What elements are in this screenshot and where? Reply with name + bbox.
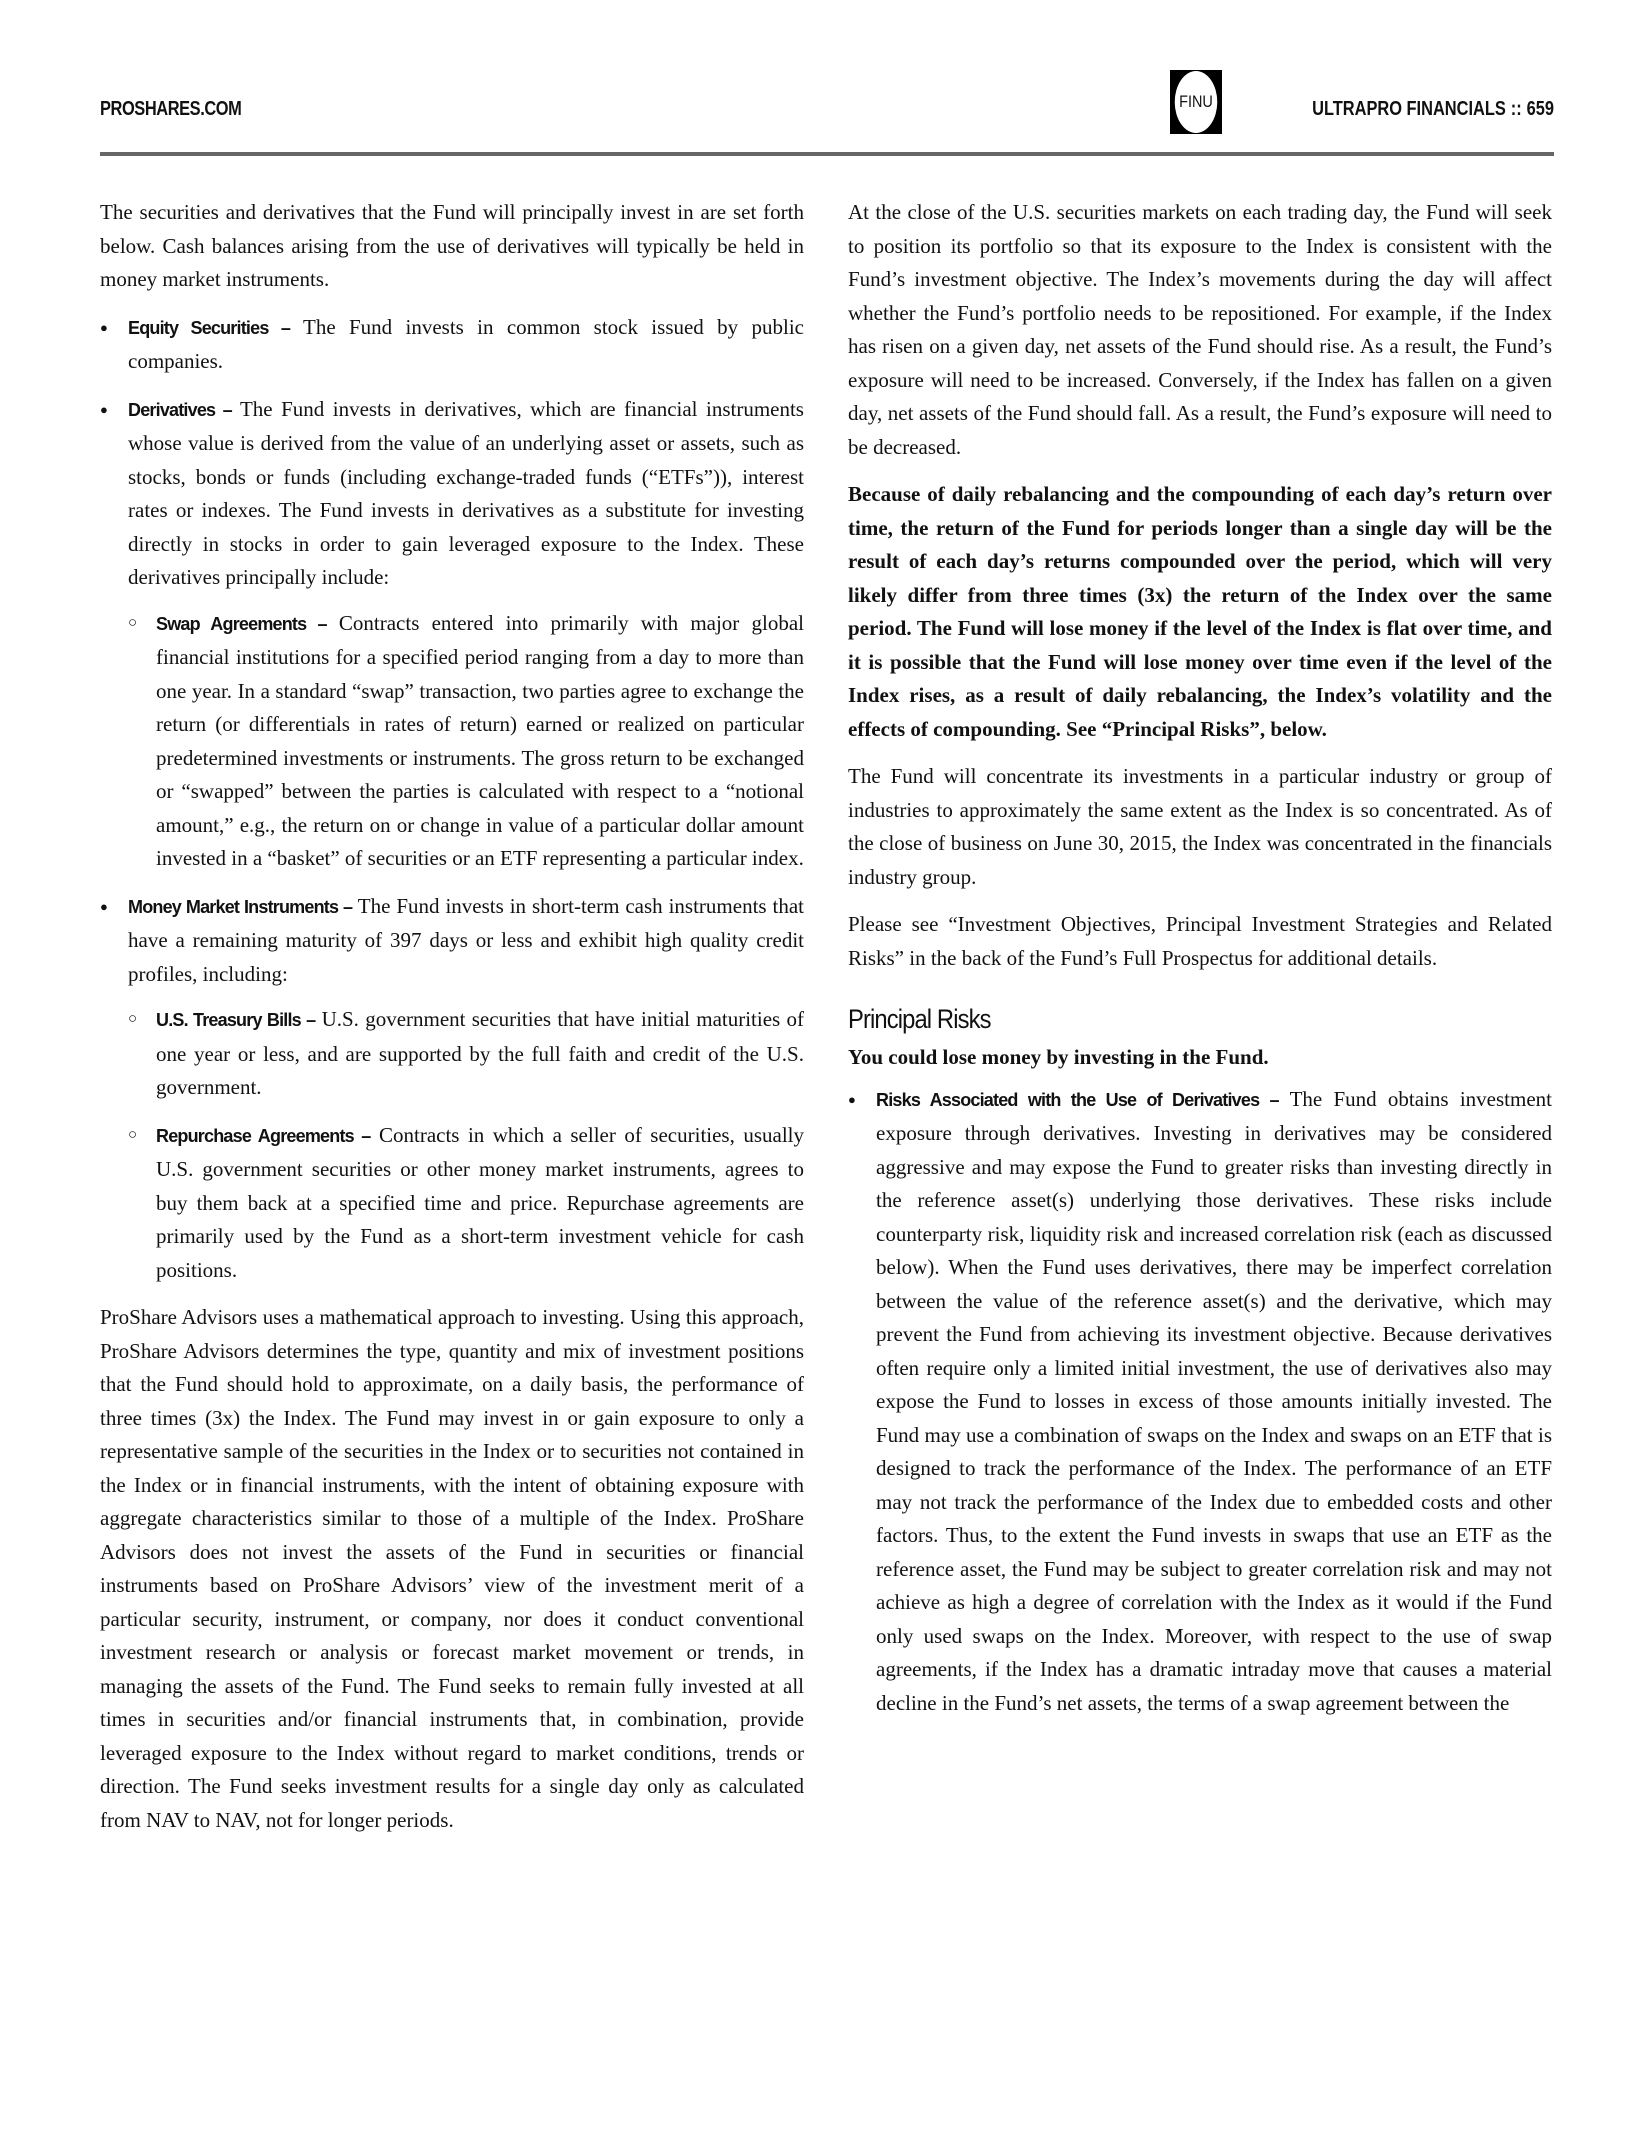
see-also-paragraph: Please see “Investment Objectives, Princ… [848, 908, 1552, 975]
section-subheading: You could lose money by investing in the… [848, 1041, 1552, 1075]
ticker-badge: FINU [1170, 70, 1222, 134]
site-name: PROSHARES.COM [100, 98, 241, 121]
ticker-badge-label: FINU [1175, 71, 1218, 133]
advisors-paragraph: ProShare Advisors uses a mathematical ap… [100, 1301, 804, 1837]
list-item-label: Risks Associated with the Use of Derivat… [876, 1090, 1279, 1110]
list-item-label: Repurchase Agreements – [156, 1126, 371, 1146]
list-item-label: Derivatives – [128, 400, 232, 420]
list-item-repurchase-agreements: Repurchase Agreements – Contracts in whi… [100, 1119, 804, 1288]
intro-paragraph: The securities and derivatives that the … [100, 196, 804, 297]
page-header: PROSHARES.COM FINU ULTRAPRO FINANCIALS::… [100, 90, 1554, 150]
list-item-label: Equity Securities – [128, 318, 290, 338]
list-item-derivatives-risk: Risks Associated with the Use of Derivat… [848, 1083, 1552, 1721]
list-item-text: Contracts in which a seller of securitie… [156, 1123, 804, 1282]
compounding-warning: Because of daily rebalancing and the com… [848, 478, 1552, 746]
money-market-sublist: U.S. Treasury Bills – U.S. government se… [128, 1003, 804, 1287]
rebalance-paragraph: At the close of the U.S. securities mark… [848, 196, 1552, 464]
list-item-text: Contracts entered into primarily with ma… [156, 611, 804, 871]
list-item-text: The Fund obtains investment exposure thr… [876, 1087, 1552, 1715]
list-item-label: U.S. Treasury Bills – [156, 1010, 315, 1030]
list-item-text: The Fund invests in derivatives, which a… [128, 397, 804, 590]
list-item-label: Swap Agreements – [156, 614, 327, 634]
list-item-swap-agreements: Swap Agreements – Contracts entered into… [100, 607, 804, 876]
page-number: 659 [1527, 98, 1554, 120]
title-separator: :: [1511, 98, 1522, 120]
right-column: At the close of the U.S. securities mark… [848, 196, 1552, 1734]
securities-list: Equity Securities – The Fund invests in … [100, 311, 804, 1288]
list-item-equity-securities: Equity Securities – The Fund invests in … [100, 311, 804, 379]
list-item-derivatives: Derivatives – The Fund invests in deriva… [100, 393, 804, 876]
header-rule [100, 152, 1554, 156]
derivatives-sublist: Swap Agreements – Contracts entered into… [128, 607, 804, 876]
list-item-money-market: Money Market Instruments – The Fund inve… [100, 890, 804, 1288]
list-item-label: Money Market Instruments – [128, 897, 352, 917]
section-heading: Principal Risks [848, 1001, 1468, 1037]
fund-name: ULTRAPRO FINANCIALS [1312, 98, 1506, 120]
fund-title: ULTRAPRO FINANCIALS::659 [1312, 98, 1554, 121]
list-item-treasury-bills: U.S. Treasury Bills – U.S. government se… [100, 1003, 804, 1105]
left-column: The securities and derivatives that the … [100, 196, 804, 1851]
risks-list: Risks Associated with the Use of Derivat… [848, 1083, 1552, 1721]
concentration-paragraph: The Fund will concentrate its investment… [848, 760, 1552, 894]
